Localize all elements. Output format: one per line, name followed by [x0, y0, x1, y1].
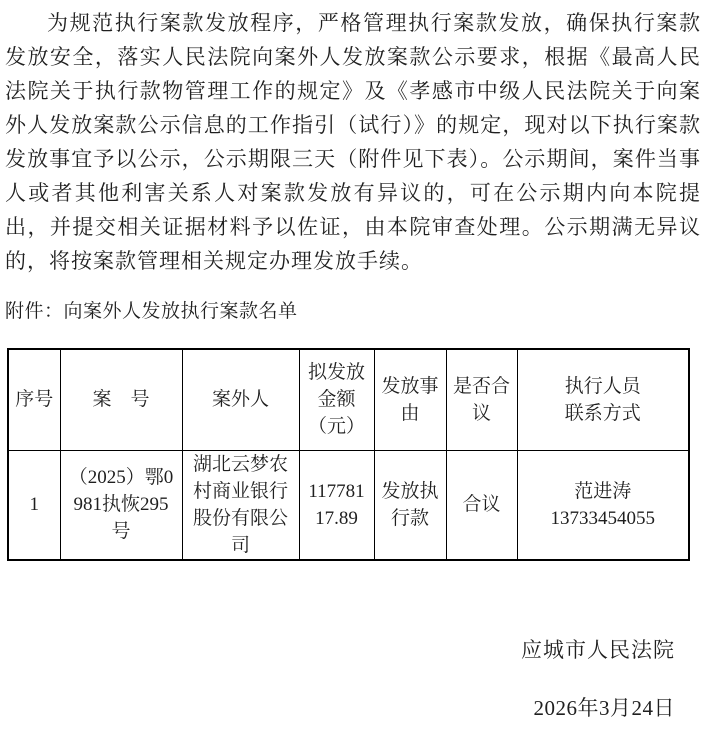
court-name: 应城市人民法院 [5, 637, 701, 663]
header-outsider: 案外人 [182, 349, 299, 450]
cell-contact: 范进涛 13733454055 [517, 450, 689, 560]
notice-paragraph: 为规范执行案款发放程序，严格管理执行案款发放，确保执行案款发放安全，落实人民法院… [5, 6, 701, 278]
cell-seq: 1 [8, 450, 60, 560]
header-amount: 拟发放 金额 （元） [299, 349, 374, 450]
header-contact: 执行人员 联系方式 [517, 349, 689, 450]
table-header-row: 序号 案 号 案外人 拟发放 金额 （元） 发放事由 是否合议 执行人员 联系方… [8, 349, 689, 450]
signature-date: 2026年3月24日 [5, 695, 701, 721]
cell-amount: 11778117.89 [299, 450, 374, 560]
cell-case-number: （2025）鄂0981执恢295号 [60, 450, 182, 560]
attachment-title: 附件：向案外人发放执行案款名单 [5, 299, 701, 324]
case-number-text: （2025）鄂0981执恢295号 [65, 464, 177, 545]
table-row: 1 （2025）鄂0981执恢295号 湖北云梦农村商业银行股份有限公司 117… [8, 450, 689, 560]
header-reason: 发放事由 [374, 349, 446, 450]
amount-text: 11778117.89 [306, 478, 368, 532]
cell-reason: 发放执行款 [374, 450, 446, 560]
outsider-name-text: 湖北云梦农村商业银行股份有限公司 [188, 451, 294, 559]
header-case-number: 案 号 [60, 349, 182, 450]
header-seq: 序号 [8, 349, 60, 450]
case-funds-table: 序号 案 号 案外人 拟发放 金额 （元） 发放事由 是否合议 执行人员 联系方… [7, 348, 690, 561]
header-panel: 是否合议 [446, 349, 517, 450]
document-page: 为规范执行案款发放程序，严格管理执行案款发放，确保执行案款发放安全，落实人民法院… [0, 0, 709, 721]
cell-panel: 合议 [446, 450, 517, 560]
cell-outsider: 湖北云梦农村商业银行股份有限公司 [182, 450, 299, 560]
